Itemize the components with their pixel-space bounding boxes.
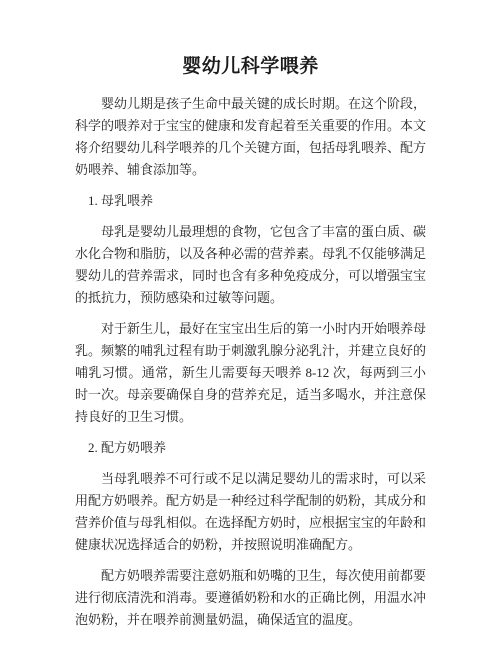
section-heading-breastfeeding: 1. 母乳喂养 — [75, 190, 426, 212]
section-2-paragraph-2: 配方奶喂养需要注意奶瓶和奶嘴的卫生，每次使用前都要进行彻底清洗和消毒。要遵循奶粉… — [75, 565, 426, 631]
section-2-paragraph-1: 当母乳喂养不可行或不足以满足婴幼儿的需求时，可以采用配方奶喂养。配方奶是一种经过… — [75, 468, 426, 556]
intro-paragraph: 婴幼儿期是孩子生命中最关键的成长时期。在这个阶段，科学的喂养对于宝宝的健康和发育… — [75, 93, 426, 181]
section-1-paragraph-2: 对于新生儿，最好在宝宝出生后的第一小时内开始喂养母乳。频繁的哺乳过程有助于刺激乳… — [75, 318, 426, 428]
section-1-paragraph-1: 母乳是婴幼儿最理想的食物，它包含了丰富的蛋白质、碳水化合物和脂肪，以及各种必需的… — [75, 221, 426, 309]
document-title: 婴幼儿科学喂养 — [75, 55, 426, 79]
document-page: 婴幼儿科学喂养 婴幼儿期是孩子生命中最关键的成长时期。在这个阶段，科学的喂养对于… — [0, 0, 502, 649]
section-heading-formula-feeding: 2. 配方奶喂养 — [75, 437, 426, 459]
